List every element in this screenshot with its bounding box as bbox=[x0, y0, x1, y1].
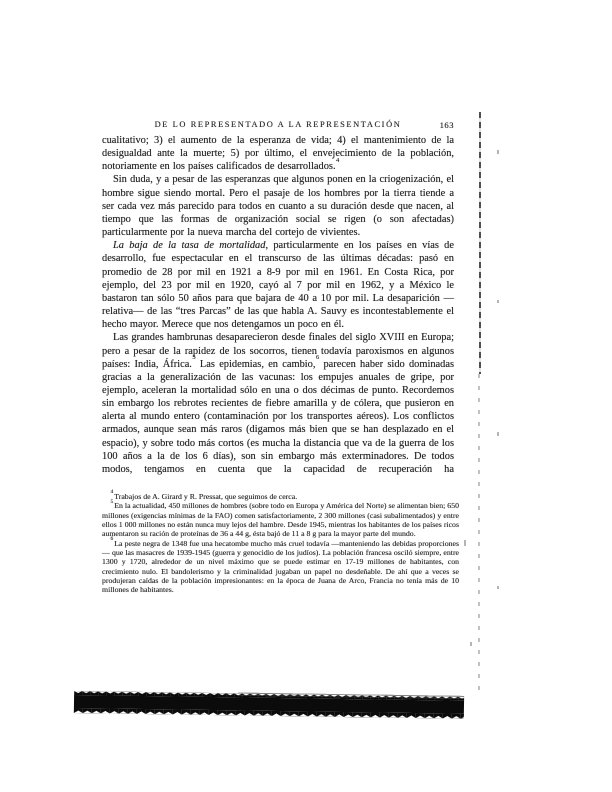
paragraph-text: cualitativo; 3) el aumento de la esperan… bbox=[102, 135, 454, 172]
footnote-5: 5En la actualidad, 450 millones de hombr… bbox=[102, 501, 459, 538]
footnote-marker: 4 bbox=[111, 489, 114, 495]
scan-noise-speck bbox=[464, 540, 466, 546]
footnote-text: En la actualidad, 450 millones de hombre… bbox=[102, 501, 459, 538]
scan-noise-speck bbox=[497, 432, 499, 436]
page-number: 163 bbox=[440, 120, 454, 130]
body-paragraph-2: Sin duda, y a pesar de las esperanzas qu… bbox=[102, 173, 454, 239]
scan-streak-dark bbox=[479, 112, 481, 374]
body-paragraph-4: Las grandes hambrunas desaparecieron des… bbox=[102, 331, 454, 476]
footnotes-block: 4Trabajos de A. Girard y R. Pressat, que… bbox=[102, 492, 459, 595]
paragraph-text: Sin duda, y a pesar de las esperanzas qu… bbox=[102, 174, 454, 238]
footnote-text: Trabajos de A. Girard y R. Pressat, que … bbox=[114, 492, 297, 501]
footnote-ref-5: 5 bbox=[192, 354, 195, 361]
scan-noise-speck bbox=[497, 586, 499, 589]
body-text-block: cualitativo; 3) el aumento de la esperan… bbox=[102, 134, 454, 476]
scan-noise-speck bbox=[497, 300, 499, 303]
footnote-ref-6: 6 bbox=[316, 354, 319, 361]
scan-noise-speck bbox=[470, 642, 472, 646]
scan-noise-speck bbox=[497, 150, 499, 154]
footnote-text: La peste negra de 1348 fue una hecatombe… bbox=[102, 539, 459, 595]
running-header-title: DE LO REPRESENTADO A LA REPRESENTACIÓN bbox=[102, 120, 454, 129]
paragraph-text: Las epidemias, en cambio, bbox=[196, 359, 316, 370]
footnote-4: 4Trabajos de A. Girard y R. Pressat, que… bbox=[102, 492, 459, 501]
scan-artifact-jagged-bar bbox=[74, 695, 464, 714]
footnote-6: 6La peste negra de 1348 fue una hecatomb… bbox=[102, 539, 459, 595]
scanned-book-page: DE LO REPRESENTADO A LA REPRESENTACIÓN 1… bbox=[0, 0, 612, 792]
footnote-marker: 6 bbox=[111, 536, 114, 542]
paragraph-text: parecen haber sido dominadas gracias a l… bbox=[102, 359, 454, 475]
paragraph-text: , particularmente en los países en vías … bbox=[102, 240, 454, 330]
scan-artifact-stripes bbox=[238, 692, 464, 700]
running-header: DE LO REPRESENTADO A LA REPRESENTACIÓN 1… bbox=[102, 120, 454, 134]
body-paragraph-3: La baja de la tasa de mortalidad, partic… bbox=[102, 239, 454, 331]
italic-lead-phrase: La baja de la tasa de mortalidad bbox=[113, 240, 265, 251]
footnote-marker: 5 bbox=[111, 499, 114, 505]
footnote-ref-4: 4 bbox=[336, 157, 339, 164]
body-paragraph-1: cualitativo; 3) el aumento de la esperan… bbox=[102, 134, 454, 173]
scan-streak-light bbox=[478, 374, 480, 690]
